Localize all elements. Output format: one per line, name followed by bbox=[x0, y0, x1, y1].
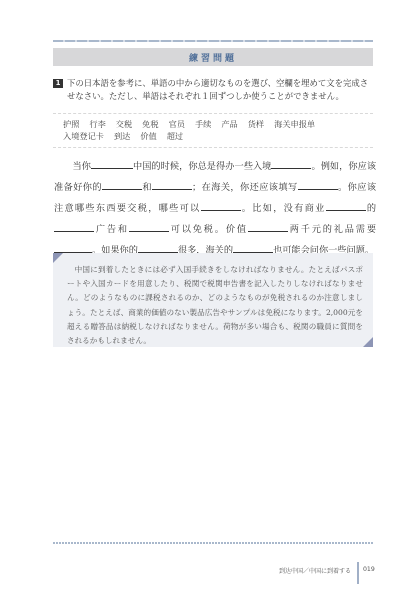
blank-2[interactable] bbox=[271, 160, 311, 169]
passage-text: 中国的时候，你总是得办一些入境 bbox=[133, 161, 271, 172]
word-bank-item: 官员 bbox=[169, 119, 185, 131]
passage-text: ；在海关，你还应该填写 bbox=[192, 182, 298, 193]
fill-in-passage: 当你中国的时候，你总是得办一些入境。例如，你应该准备好你的和；在海关，你还应该填… bbox=[54, 156, 376, 261]
blank-5[interactable] bbox=[298, 181, 338, 190]
blank-6[interactable] bbox=[201, 202, 241, 211]
exercise-instruction: 1 下の日本語を参考に、単語の中から適切なものを選び、空欄を埋めて文を完成させな… bbox=[53, 77, 375, 103]
passage-text: 的 bbox=[366, 203, 376, 214]
passage-text: 和 bbox=[142, 182, 152, 193]
word-bank-item: 交税 bbox=[116, 119, 132, 131]
blank-11[interactable] bbox=[54, 244, 92, 253]
top-dotted-rule bbox=[53, 40, 373, 42]
word-bank-item: 超过 bbox=[167, 131, 183, 143]
footer-chapter-title: 到达中国／中国に到着する bbox=[279, 566, 351, 575]
word-bank-item: 价值 bbox=[140, 131, 156, 143]
word-bank-item: 海关申报单 bbox=[274, 119, 315, 131]
blank-4[interactable] bbox=[152, 181, 192, 190]
blank-12[interactable] bbox=[138, 244, 178, 253]
instruction-text: 下の日本語を参考に、単語の中から適切なものを選び、空欄を埋めて文を完成させなさい… bbox=[67, 78, 368, 101]
blank-9[interactable] bbox=[129, 223, 169, 232]
corner-triangle-decoration bbox=[363, 337, 373, 347]
passage-text: 。比如，没有商业 bbox=[241, 203, 326, 214]
word-bank-item: 到达 bbox=[114, 131, 130, 143]
word-bank-item: 行李 bbox=[89, 119, 105, 131]
word-bank-item: 入境登记卡 bbox=[63, 131, 104, 143]
bottom-dotted-rule bbox=[53, 542, 373, 544]
blank-10[interactable] bbox=[248, 223, 288, 232]
blank-3[interactable] bbox=[102, 181, 142, 190]
translation-note-box: 中国に到着したときには必ず入国手続きをしなければなりません。たとえばパスポートや… bbox=[53, 253, 373, 347]
blank-1[interactable] bbox=[91, 160, 133, 169]
blank-8[interactable] bbox=[54, 223, 94, 232]
section-header: 練習問題 bbox=[53, 48, 373, 66]
word-bank-item: 产品 bbox=[221, 119, 237, 131]
passage-text: 两千元的礼品需要 bbox=[288, 224, 376, 235]
blank-7[interactable] bbox=[326, 202, 366, 211]
exercise-number-badge: 1 bbox=[53, 79, 63, 88]
corner-triangle-decoration bbox=[53, 253, 63, 263]
page-number: 019 bbox=[363, 566, 375, 573]
blank-13[interactable] bbox=[233, 244, 273, 253]
word-bank: 护照 行李 交税 免税 官员 手续 产品 货样 海关申报单 入境登记卡 到达 价… bbox=[53, 113, 373, 148]
word-bank-item: 免税 bbox=[142, 119, 158, 131]
footer-divider bbox=[357, 562, 359, 584]
word-bank-item: 手续 bbox=[195, 119, 211, 131]
passage-text: 广告和 bbox=[94, 224, 129, 235]
passage-text: 当你 bbox=[72, 161, 90, 172]
section-title: 練習問題 bbox=[189, 51, 237, 64]
word-bank-item: 护照 bbox=[63, 119, 79, 131]
translation-text: 中国に到着したときには必ず入国手続きをしなければなりません。たとえばパスポートや… bbox=[67, 263, 363, 348]
passage-text: 可以免税。价值 bbox=[169, 224, 248, 235]
word-bank-item: 货样 bbox=[248, 119, 264, 131]
